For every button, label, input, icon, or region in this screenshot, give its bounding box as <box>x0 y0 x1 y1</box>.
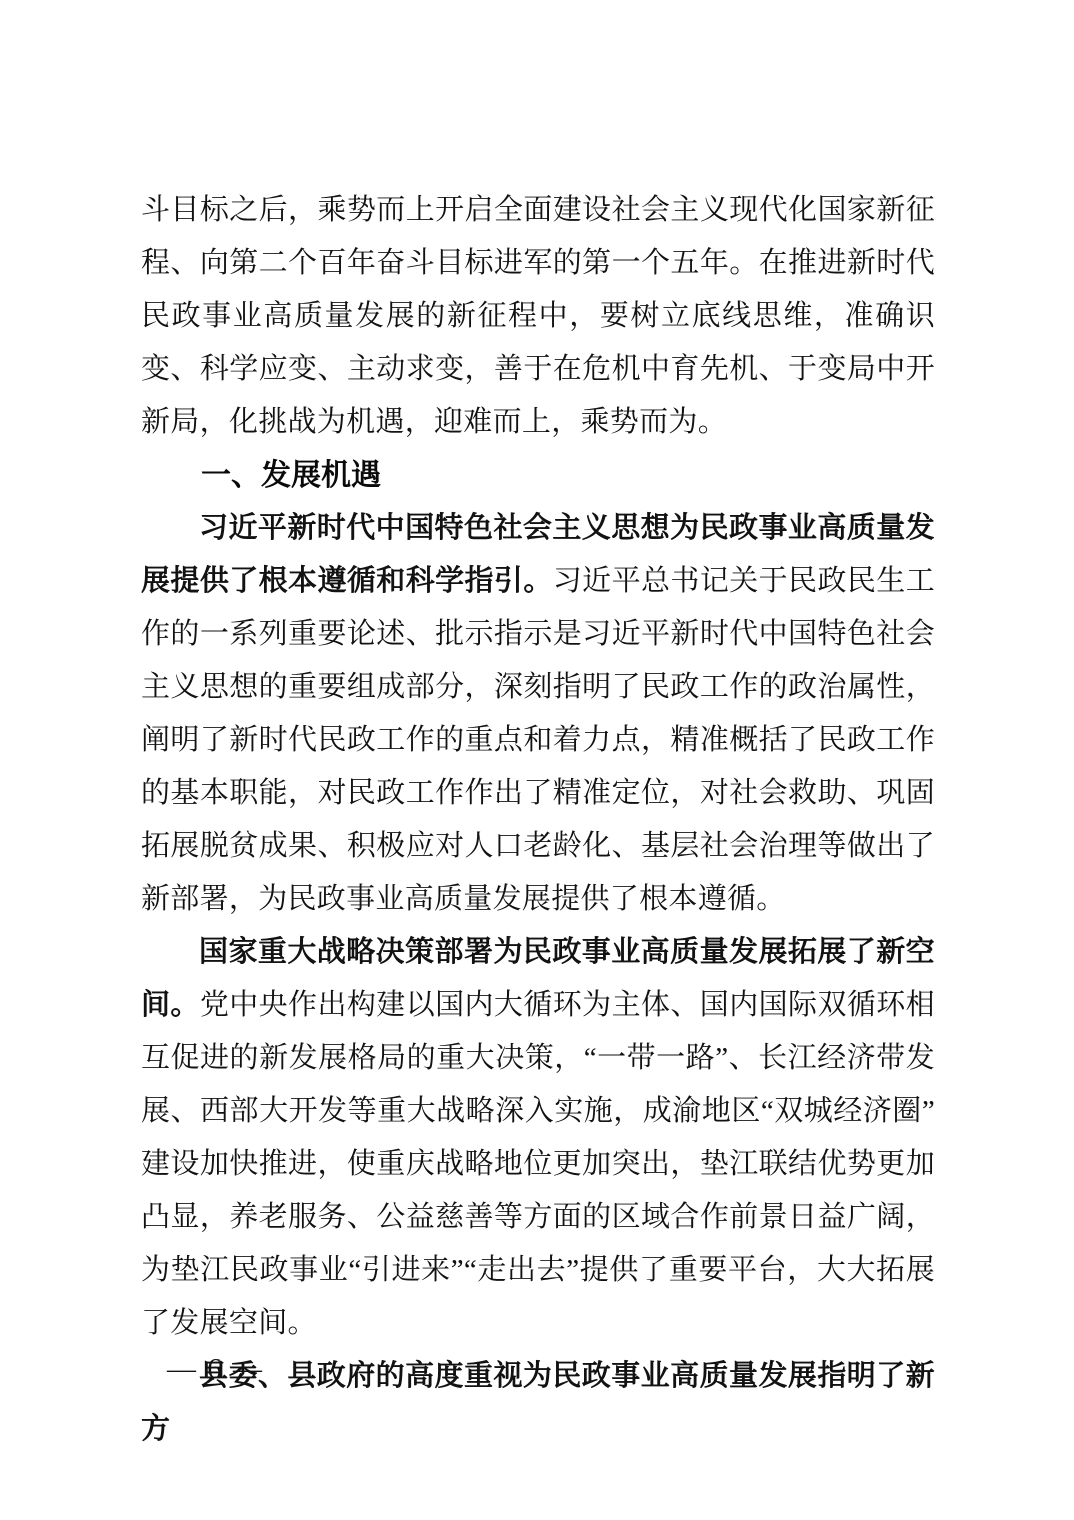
paragraph-text: 党中央作出构建以国内大循环为主体、国内国际双循环相互促进的新发展格局的重大决策，… <box>141 989 935 1339</box>
document-page: 斗目标之后，乘势而上开启全面建设社会主义现代化国家新征程、向第二个百年奋斗目标进… <box>0 0 1074 1520</box>
paragraph-text: 习近平总书记关于民政民生工作的一系列重要论述、批示指示是习近平新时代中国特色社会… <box>141 565 935 915</box>
body-paragraph: 国家重大战略决策部署为民政事业高质量发展拓展了新空间。党中央作出构建以国内大循环… <box>141 926 935 1350</box>
paragraph-text: 斗目标之后，乘势而上开启全面建设社会主义现代化国家新征程、向第二个百年奋斗目标进… <box>141 194 935 438</box>
section-heading: 一、发展机遇 <box>141 449 935 502</box>
body-paragraph: 习近平新时代中国特色社会主义思想为民政事业高质量发展提供了根本遵循和科学指引。习… <box>141 502 935 926</box>
document-body: 斗目标之后，乘势而上开启全面建设社会主义现代化国家新征程、向第二个百年奋斗目标进… <box>141 184 935 1456</box>
body-paragraph: 斗目标之后，乘势而上开启全面建设社会主义现代化国家新征程、向第二个百年奋斗目标进… <box>141 184 935 449</box>
page-number: — 6 — <box>167 1343 264 1396</box>
